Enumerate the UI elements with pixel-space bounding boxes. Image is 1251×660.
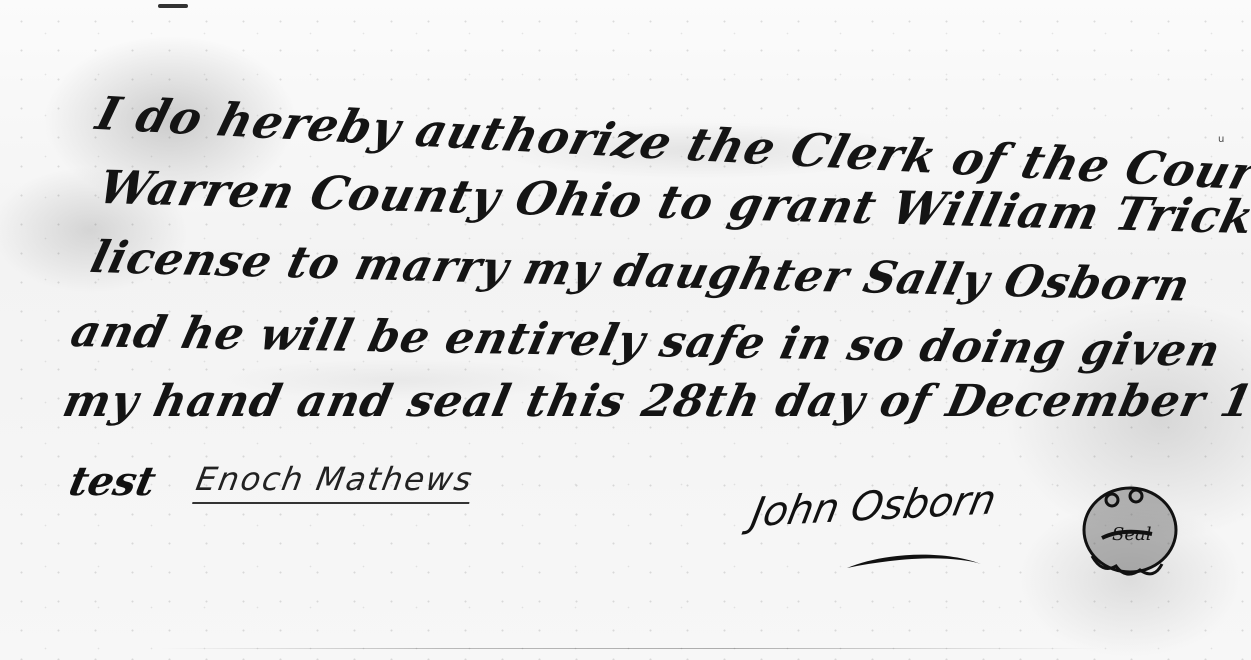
signature-flourish [845,548,985,570]
text-line-4: and he will be entirely safe in so doing… [66,306,1226,377]
signatory-signature: John Osborn [747,477,999,536]
seal-icon: Seal [1072,478,1182,586]
seal-label: Seal [1112,524,1152,545]
text-line-3: license to marry my daughter Sally Osbor… [86,232,1196,311]
witness-signature: Enoch Mathews [192,460,476,504]
document-date: 28th day of December 1822 [637,376,1251,427]
margin-mark: u [1218,134,1224,145]
text-line-5: my hand and seal this28th day of Decembe… [59,376,1251,427]
ink-blot [158,4,188,8]
text-line-5-body: my hand and seal this [59,376,631,427]
document-page: I do hereby authorize the Clerk of the C… [0,0,1251,660]
witness-block: test Enoch Mathews [70,458,473,505]
witness-label: test [65,458,160,505]
paper-edge [160,648,1100,649]
